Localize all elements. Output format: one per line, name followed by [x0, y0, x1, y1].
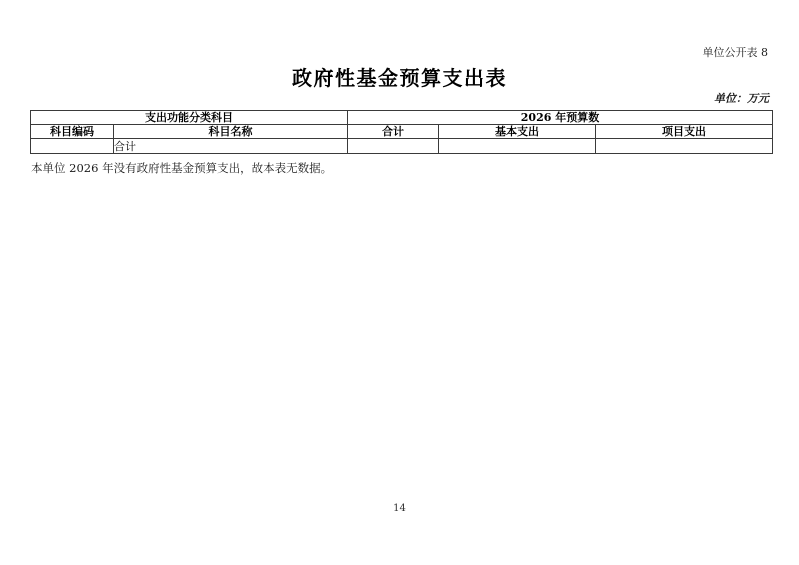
- page-title: 政府性基金预算支出表: [0, 66, 799, 90]
- header-basic-expenditure: 基本支出: [439, 125, 596, 139]
- table-header-column-row: 科目编码 科目名称 合计 基本支出 项目支出: [31, 125, 773, 139]
- table-row: 合计: [31, 139, 773, 154]
- footnote: 本单位 2026 年没有政府性基金预算支出，故本表无数据。: [31, 161, 332, 176]
- unit-note: 单位：万元: [714, 92, 769, 106]
- header-total: 合计: [348, 125, 439, 139]
- header-budget-2026: 2026 年预算数: [348, 111, 773, 125]
- header-function-classification: 支出功能分类科目: [31, 111, 348, 125]
- header-subject-code: 科目编码: [31, 125, 114, 139]
- table-header-group-row: 支出功能分类科目 2026 年预算数: [31, 111, 773, 125]
- page-number: 14: [0, 503, 799, 514]
- header-subject-name: 科目名称: [114, 125, 348, 139]
- cell-subject-code: [31, 139, 114, 154]
- budget-table: 支出功能分类科目 2026 年预算数 科目编码 科目名称 合计 基本支出 项目支…: [30, 110, 773, 154]
- table-label: 单位公开表 8: [703, 46, 769, 60]
- cell-subject-name: 合计: [114, 139, 348, 154]
- cell-total: [348, 139, 439, 154]
- document-page: 单位公开表 8 政府性基金预算支出表 单位：万元 支出功能分类科目 2026 年…: [0, 0, 799, 565]
- cell-basic-expenditure: [439, 139, 596, 154]
- header-project-expenditure: 项目支出: [596, 125, 773, 139]
- cell-project-expenditure: [596, 139, 773, 154]
